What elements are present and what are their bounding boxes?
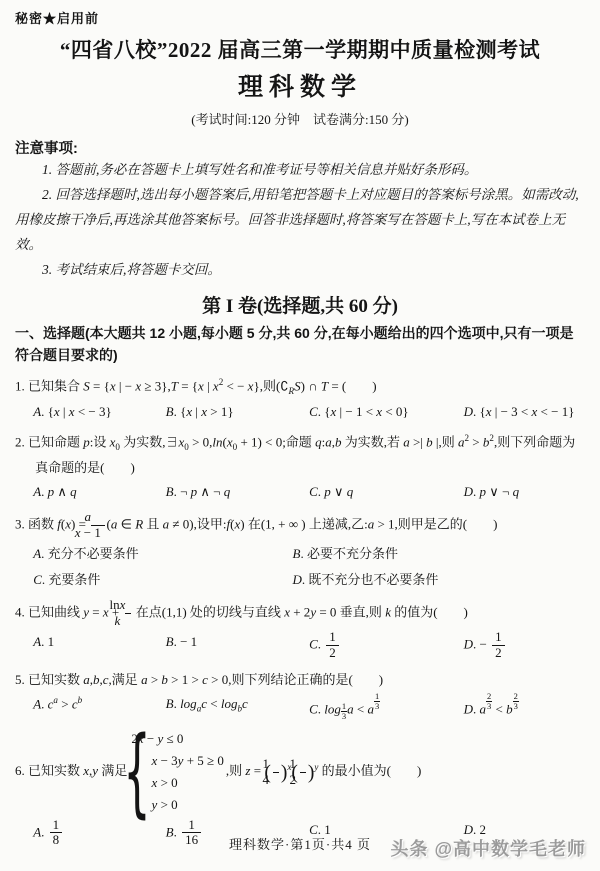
section-instructions: 一、选择题(本大题共 12 小题,每小题 5 分,共 60 分,在每小题给出的四…	[15, 322, 585, 367]
question-2-option-A: A. p ∧ q	[33, 480, 165, 503]
notice-item-3: 3. 考试结束后,将答题卡交回。	[15, 258, 585, 283]
exam-subject: 理科数学	[15, 67, 585, 103]
question-1-option-B: B. {x | x > 1}	[166, 400, 309, 423]
question-3-option-A: A. 充分不必要条件	[33, 542, 292, 565]
question-5-options: A. ca > cbB. logac < logbcC. log13a < a1…	[15, 692, 585, 721]
question-4-option-C: C. 12	[309, 630, 464, 661]
question-1-option-C: C. {x | − 1 < x < 0}	[309, 400, 464, 423]
notice-list: 1. 答题前,务必在答题卡上填写姓名和准考证号等相关信息并贴好条形码。 2. 回…	[15, 158, 585, 283]
question-2-option-C: C. p ∨ q	[309, 480, 464, 503]
question-5-option-B: B. logac < logbc	[166, 692, 309, 721]
question-5-option-D: D. a23 < b23	[464, 692, 585, 721]
question-3-option-B: B. 必要不充分条件	[293, 542, 585, 565]
question-4-stem: 4. 已知曲线 y = x + lnxk 在点(1,1) 处的切线与直线 x +…	[15, 598, 585, 629]
question-3: 3. 函数 f(x) = ax − 1(a ∈ R 且 a ≠ 0),设甲:f(…	[15, 510, 585, 591]
question-2-option-B: B. ¬ p ∧ ¬ q	[166, 480, 309, 503]
question-1-stem: 1. 已知集合 S = {x | − x ≥ 3},T = {x | x2 < …	[15, 374, 585, 399]
question-5: 5. 已知实数 a,b,c,满足 a > b > 1 > c > 0,则下列结论…	[15, 668, 585, 721]
question-3-option-C: C. 充要条件	[33, 568, 292, 591]
question-3-options: A. 充分不必要条件B. 必要不充分条件C. 充要条件D. 既不充分也不必要条件	[15, 542, 585, 591]
question-3-option-D: D. 既不充分也不必要条件	[293, 568, 585, 591]
question-1-option-D: D. {x | − 3 < x < − 1}	[464, 400, 585, 423]
question-1-options: A. {x | x < − 3}B. {x | x > 1}C. {x | − …	[15, 400, 585, 423]
exam-paper-page: 秘密★启用前 “四省八校”2022 届高三第一学期期中质量检测考试 理科数学 (…	[0, 0, 600, 871]
question-2-options: A. p ∧ qB. ¬ p ∧ ¬ qC. p ∨ qD. p ∨ ¬ q	[15, 480, 585, 503]
question-4: 4. 已知曲线 y = x + lnxk 在点(1,1) 处的切线与直线 x +…	[15, 598, 585, 661]
section-title: 第 I 卷(选择题,共 60 分)	[15, 291, 585, 318]
question-5-stem: 5. 已知实数 a,b,c,满足 a > b > 1 > c > 0,则下列结论…	[15, 668, 585, 691]
watermark: 头条 @高中数学毛老师	[390, 835, 586, 861]
questions: 1. 已知集合 S = {x | − x ≥ 3},T = {x | x2 < …	[15, 374, 585, 849]
question-5-option-C: C. log13a < a13	[309, 692, 464, 721]
question-2-stem: 2. 已知命题 p:设 x0 为实数,∃x0 > 0,ln(x0 + 1) < …	[15, 430, 585, 479]
question-2-option-D: D. p ∨ ¬ q	[464, 480, 585, 503]
question-4-option-B: B. − 1	[166, 630, 309, 661]
exam-title: “四省八校”2022 届高三第一学期期中质量检测考试	[15, 34, 585, 64]
question-4-option-A: A. 1	[33, 630, 165, 661]
question-2: 2. 已知命题 p:设 x0 为实数,∃x0 > 0,ln(x0 + 1) < …	[15, 430, 585, 503]
question-4-options: A. 1B. − 1C. 12D. − 12	[15, 630, 585, 661]
notice-item-1: 1. 答题前,务必在答题卡上填写姓名和准考证号等相关信息并贴好条形码。	[15, 158, 585, 183]
question-4-option-D: D. − 12	[464, 630, 585, 661]
notice-heading: 注意事项:	[15, 137, 585, 158]
notice-item-2: 2. 回答选择题时,选出每小题答案后,用铅笔把答题卡上对应题目的答案标号涂黑。如…	[15, 183, 585, 258]
question-1: 1. 已知集合 S = {x | − x ≥ 3},T = {x | x2 < …	[15, 374, 585, 424]
exam-meta: (考试时间:120 分钟 试卷满分:150 分)	[15, 109, 585, 128]
question-6: 6. 已知实数 x,y 满足 {2x − y ≤ 0x − 3y + 5 ≥ 0…	[15, 728, 585, 848]
question-3-stem: 3. 函数 f(x) = ax − 1(a ∈ R 且 a ≠ 0),设甲:f(…	[15, 510, 585, 541]
classification-label: 秘密★启用前	[15, 8, 585, 27]
question-1-option-A: A. {x | x < − 3}	[33, 400, 165, 423]
question-6-stem: 6. 已知实数 x,y 满足 {2x − y ≤ 0x − 3y + 5 ≥ 0…	[15, 728, 585, 816]
